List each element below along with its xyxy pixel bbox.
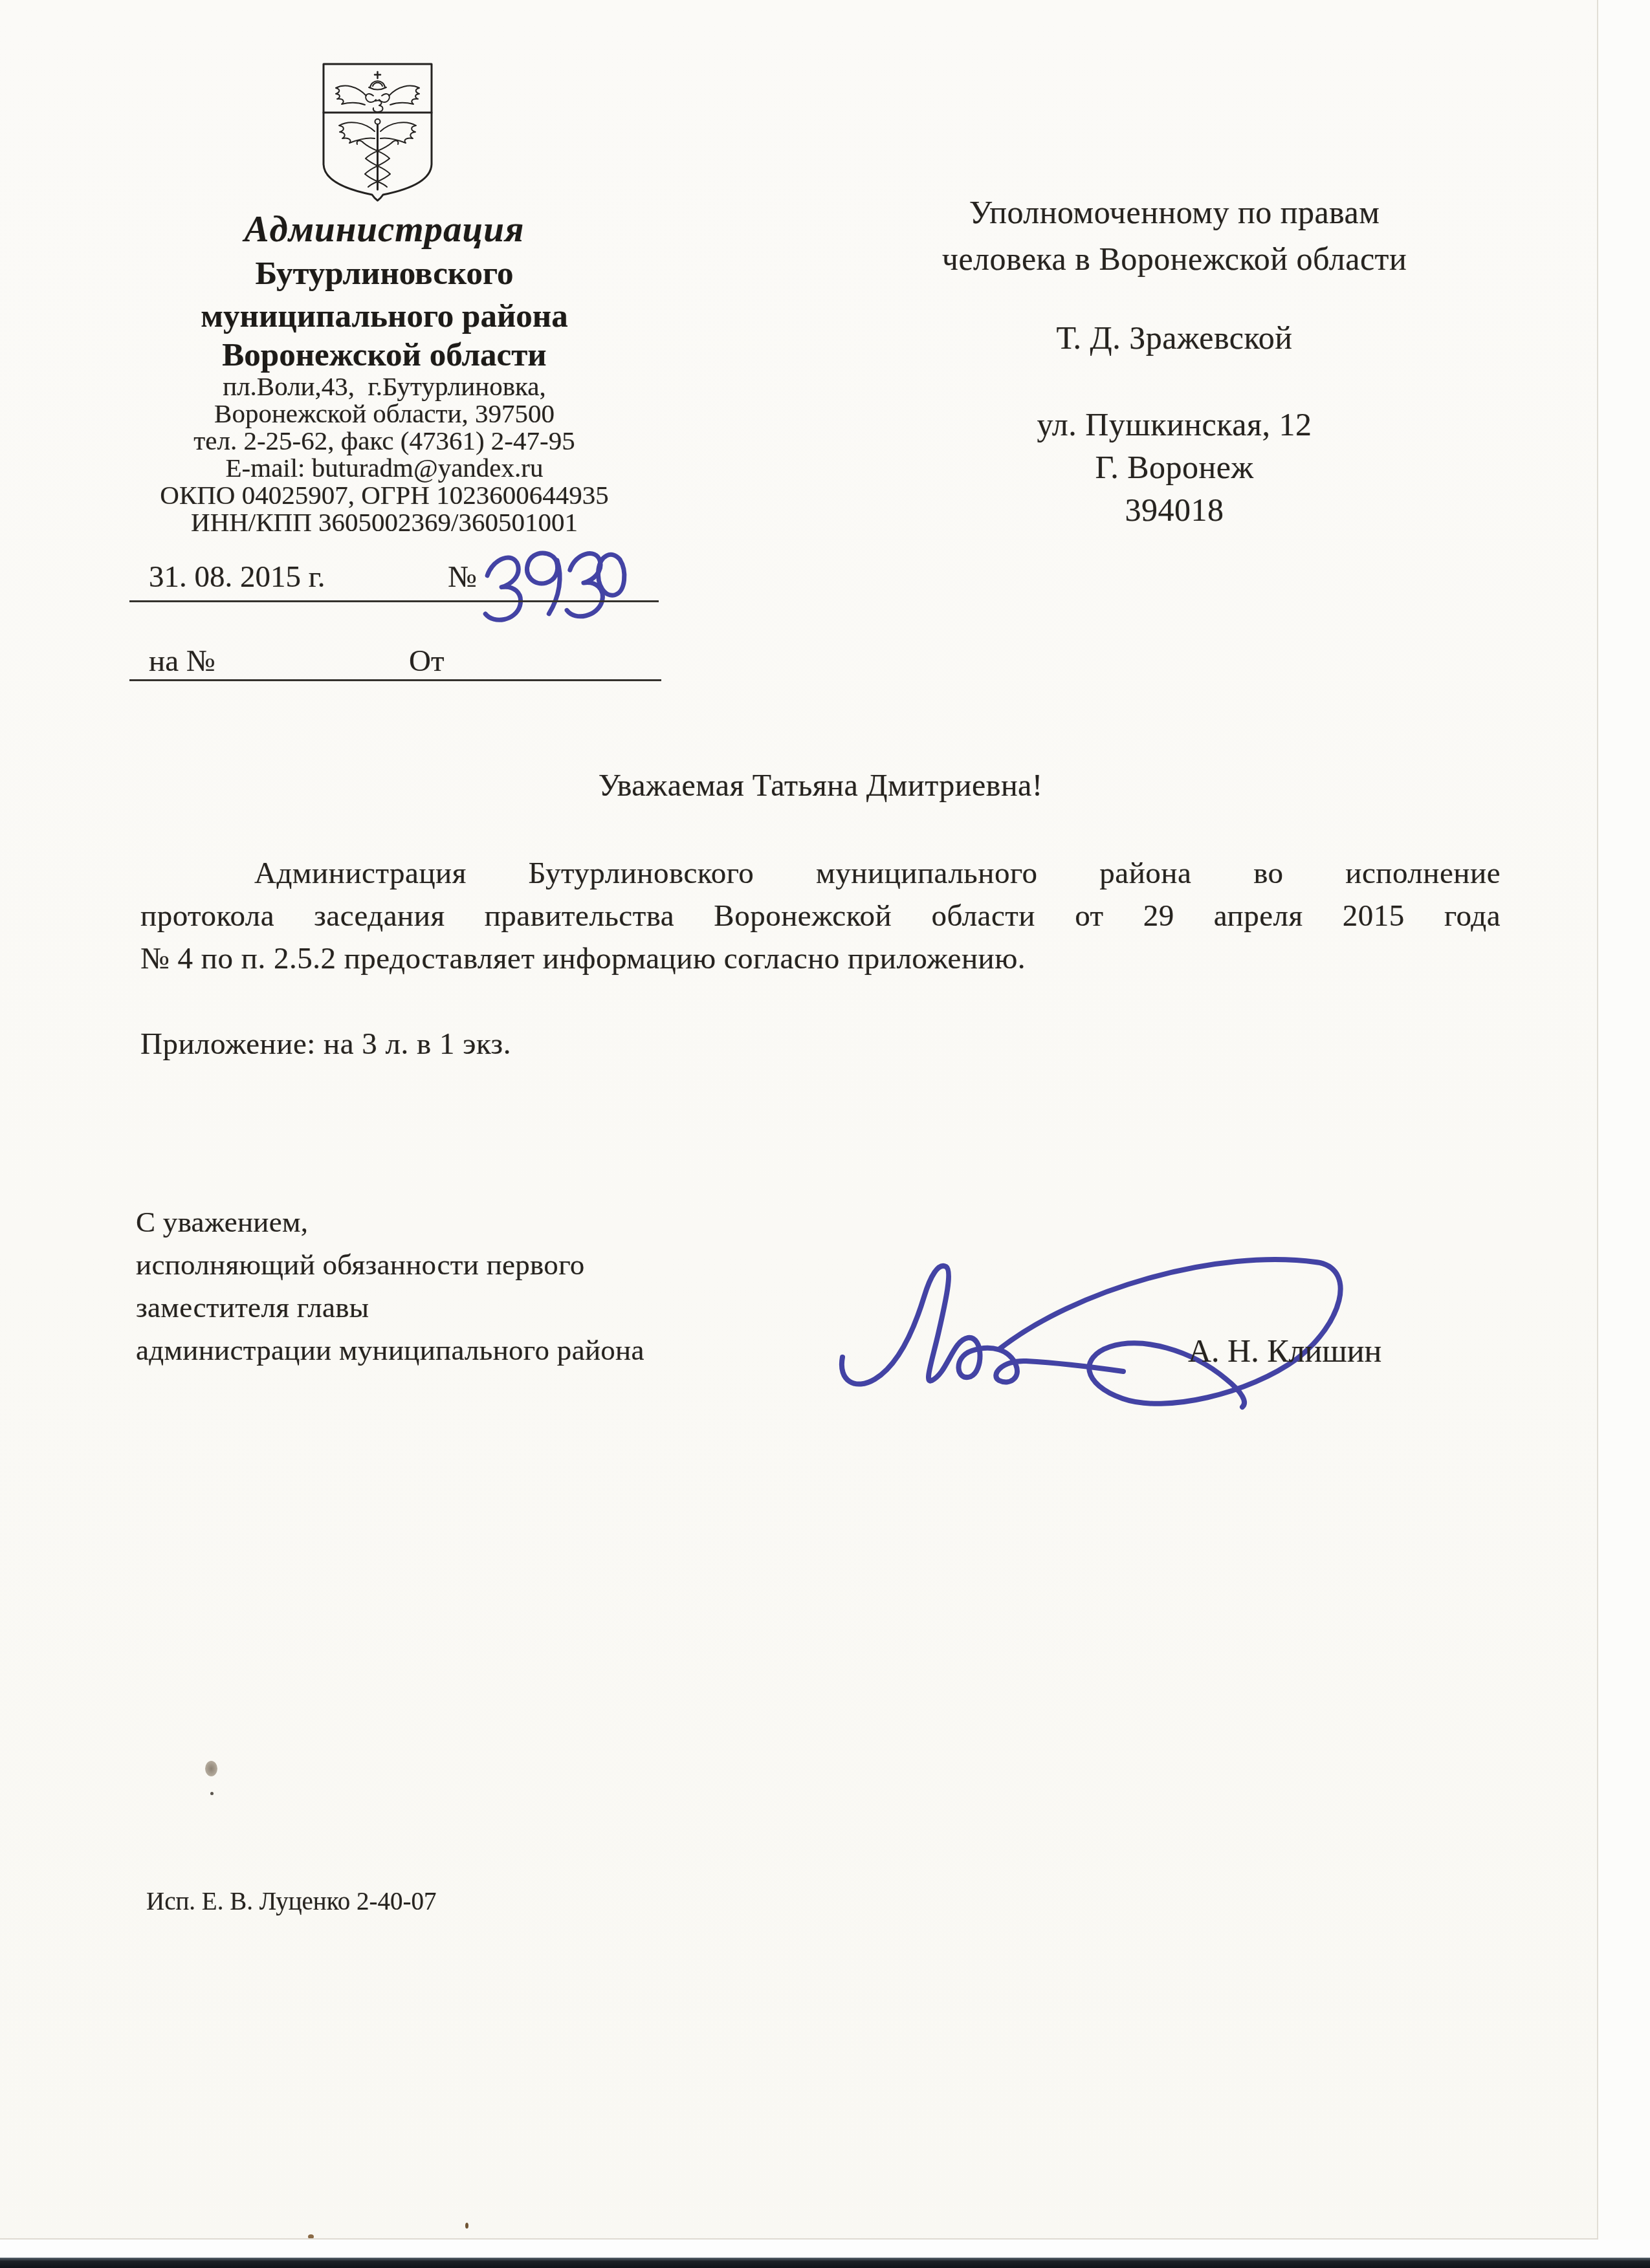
signer-name: А. Н. Клишин bbox=[1188, 1331, 1381, 1371]
paper-speck bbox=[205, 1761, 217, 1776]
salutation: Уважаемая Татьяна Дмитриевна! bbox=[140, 767, 1501, 805]
attachment-note: Приложение: на 3 л. в 1 экз. bbox=[140, 1026, 1501, 1063]
paper-speck bbox=[210, 1792, 214, 1795]
org-name-line4: Воронежской области bbox=[154, 335, 615, 375]
scanned-letter-page: Администрация Бутурлиновского муниципаль… bbox=[0, 0, 1650, 2268]
recipient-postcode: 394018 bbox=[899, 490, 1449, 530]
paper-speck bbox=[465, 2223, 468, 2229]
recipient-street: ул. Пушкинская, 12 bbox=[899, 405, 1449, 444]
document-number-sign: № bbox=[448, 559, 477, 596]
date-number-underline bbox=[129, 600, 659, 602]
signer-position-line2: заместителя главы bbox=[136, 1290, 848, 1325]
executor-note: Исп. Е. В. Луценко 2-40-07 bbox=[146, 1886, 436, 1917]
document-date: 31. 08. 2015 г. bbox=[149, 559, 325, 596]
body-paragraph-line1: Администрация Бутурлиновского муниципаль… bbox=[140, 855, 1501, 892]
handwritten-document-number bbox=[478, 542, 641, 627]
org-name-line1: Администрация bbox=[154, 207, 615, 252]
reply-from-label: От bbox=[409, 643, 444, 680]
letterhead-inn-kpp: ИНН/КПП 3605002369/360501001 bbox=[154, 506, 615, 538]
reply-underline bbox=[129, 679, 661, 681]
coat-of-arms-icon bbox=[321, 61, 434, 203]
signer-position-line3: администрации муниципального района bbox=[136, 1333, 848, 1368]
body-paragraph-line2: протокола заседания правительства Вороне… bbox=[140, 898, 1501, 935]
scanner-dark-bar bbox=[0, 2258, 1650, 2268]
closing-line: С уважением, bbox=[136, 1205, 848, 1240]
signer-position-line1: исполняющий обязанности первого bbox=[136, 1247, 848, 1283]
recipient-city: Г. Воронеж bbox=[899, 448, 1449, 487]
scanner-background-bottom bbox=[0, 2240, 1650, 2258]
reply-to-number-label: на № bbox=[149, 643, 215, 680]
recipient-name: Т. Д. Зражевской bbox=[899, 318, 1449, 358]
scanner-background-right bbox=[1598, 0, 1650, 2240]
org-name-line3: муниципального района bbox=[154, 296, 615, 336]
body-paragraph-line3: № 4 по п. 2.5.2 предоставляет информацию… bbox=[140, 941, 1501, 977]
recipient-title-line2: человека в Воронежской области bbox=[899, 239, 1449, 279]
org-name-line2: Бутурлиновского bbox=[154, 254, 615, 294]
recipient-title-line1: Уполномоченному по правам bbox=[899, 193, 1449, 232]
